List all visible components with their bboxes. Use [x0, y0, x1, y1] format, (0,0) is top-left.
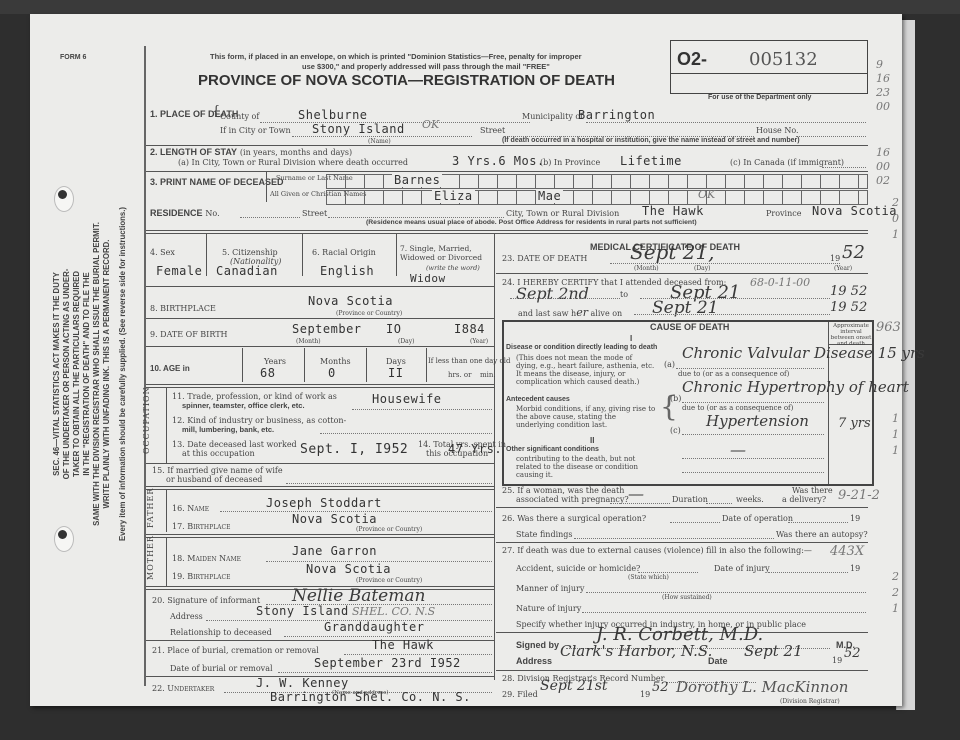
delivery-label-2: a delivery?	[782, 495, 826, 504]
last-worked-value: Sept. I, I952	[300, 442, 408, 457]
pregnancy-line	[610, 503, 670, 504]
mother-side-label: MOTHER	[146, 535, 155, 580]
place-of-death-label: 1. PLACE OF DEATH	[150, 109, 198, 119]
margin-code: 1	[892, 444, 899, 457]
operation-label: 26. Was there a surgical operation?	[502, 514, 646, 523]
section-divider	[146, 230, 868, 234]
stay-b-label: (b) In Province	[540, 158, 600, 167]
filed-year-prefix: 19	[640, 690, 650, 699]
direct-cause-note: (This does not mean the mode of dying, e…	[516, 354, 656, 386]
divider	[146, 171, 868, 172]
due-to-1: due to (or as a consequence of)	[678, 370, 789, 378]
accident-caption: (State which)	[628, 574, 669, 581]
dob-day-caption: (Day)	[398, 338, 414, 345]
dob-year: I884	[454, 322, 485, 336]
margin-code: 2	[892, 570, 899, 583]
birthplace-caption: (Province or Country)	[336, 310, 402, 317]
mother-birthplace-value: Nova Scotia	[306, 562, 391, 576]
cause-c-line	[682, 434, 824, 435]
relationship-value: Granddaughter	[324, 620, 424, 634]
death-certificate: FORM 6 This form, if placed in an envelo…	[30, 14, 902, 706]
total-years-value: 47 Yrs.	[448, 442, 502, 456]
informant-address-value: Stony Island	[256, 604, 349, 618]
divider	[496, 507, 868, 508]
dob-day: IO	[386, 322, 401, 336]
burial-place-label: 21. Place of burial, cremation or remova…	[152, 646, 319, 655]
delivery-code: 9-21-2	[838, 488, 880, 503]
other-conditions-line	[682, 458, 824, 459]
cause-of-death-title: CAUSE OF DEATH	[650, 322, 729, 332]
document-title: PROVINCE OF NOVA SCOTIA—REGISTRATION OF …	[198, 72, 615, 89]
margin-code: 963	[876, 320, 901, 335]
margin-code: 1	[892, 412, 899, 425]
last-saw-pronoun: er	[576, 306, 588, 319]
section-i: I	[630, 334, 632, 343]
death-month-caption: (Month)	[634, 265, 659, 272]
margin-code: 16	[876, 72, 890, 85]
residence-note: (Residence means usual place of abode. P…	[366, 219, 697, 226]
column-divider	[494, 234, 495, 680]
industry-label-2: mill, lumbering, bank, etc.	[182, 425, 274, 434]
father-birthplace-value: Nova Scotia	[292, 512, 377, 526]
divider	[366, 348, 367, 382]
filed-year: 52	[652, 680, 669, 695]
months-value: 0	[328, 366, 336, 380]
residence-city-value: The Hawk	[642, 204, 704, 218]
margin-code: 00	[876, 160, 890, 173]
name-ok-mark: OK	[698, 188, 715, 201]
residence-label: RESIDENCE	[150, 208, 203, 218]
cause-c-label: (c)	[670, 426, 681, 435]
margin-code: 1	[892, 428, 899, 441]
margin-code: 1	[892, 228, 899, 241]
street-label: Street	[480, 126, 505, 135]
last-saw-label: and last saw her alive on	[518, 306, 622, 319]
racial-origin-label: 6. Racial Origin	[312, 248, 376, 257]
print-name-label: 3. PRINT NAME OF DECEASED	[150, 176, 284, 188]
signature-year-prefix: 19	[832, 656, 842, 665]
alive-on-value: Sept 21	[652, 298, 718, 318]
residence-no-line	[240, 217, 300, 218]
residence-heading: RESIDENCE No.	[150, 208, 220, 219]
sex-value: Female	[156, 264, 202, 278]
length-of-stay-label: 2. LENGTH OF STAY	[150, 147, 237, 157]
citizenship-value: Canadian	[216, 264, 278, 278]
section-ii: II	[590, 436, 594, 445]
informant-signature: Nellie Bateman	[292, 586, 425, 606]
municipality-label: Municipality of	[522, 112, 583, 121]
burial-date-line	[278, 672, 492, 673]
cause-a-value: Chronic Valvular Disease 15 yrs	[682, 344, 925, 362]
municipality-value: Barrington	[578, 108, 655, 122]
form-label: FORM 6	[60, 54, 86, 61]
divider	[396, 234, 397, 276]
residence-province-value: Nova Scotia	[812, 204, 897, 218]
cause-c-interval: 7 yrs	[838, 416, 871, 431]
other-conditions-line-2	[682, 472, 824, 473]
city-label: If in City or Town	[220, 126, 291, 135]
mother-maiden-label: 18. Maiden Name	[172, 554, 241, 563]
dob-year-caption: (Year)	[470, 338, 488, 345]
alive-on-label: alive on	[591, 309, 623, 318]
stay-a-label: (a) In City, Town or Rural Division wher…	[178, 158, 408, 167]
residence-province-label: Province	[766, 209, 801, 218]
relationship-label: Relationship to deceased	[170, 628, 272, 637]
father-birthplace-label: 17. Birthplace	[172, 522, 231, 531]
father-name-value: Joseph Stoddart	[266, 496, 382, 510]
divider	[146, 318, 494, 319]
city-value: Stony Island	[312, 122, 405, 136]
reg-box-divider	[671, 73, 867, 74]
divider	[496, 273, 868, 274]
operation-date-label: Date of operation	[722, 514, 793, 523]
section-divider	[146, 486, 494, 490]
injury-date-line	[768, 572, 848, 573]
burial-place-line	[344, 654, 492, 655]
trade-line	[352, 409, 492, 410]
margin-code: 23	[876, 86, 890, 99]
attended-to-label: to	[620, 290, 628, 299]
physician-address-label: Address	[516, 656, 552, 666]
trade-label-1: 11. Trade, profession, or kind of work a…	[172, 392, 337, 401]
notice-line-7: Every item of information should be care…	[118, 134, 128, 614]
undertaker-address: Barrington Shel. Co. N. S.	[270, 690, 471, 704]
burial-date-label: Date of burial or removal	[170, 664, 273, 673]
marital-status-value: Widow	[410, 272, 446, 285]
industry-line	[320, 433, 492, 434]
burial-place-value: The Hawk	[372, 638, 434, 652]
manner-label: Manner of injury	[516, 584, 584, 593]
trade-value: Housewife	[372, 392, 442, 406]
given-name-2: Mae	[536, 189, 563, 203]
external-code: 443X	[830, 544, 864, 559]
house-label: House No.	[756, 126, 799, 135]
spouse-line	[286, 483, 492, 484]
margin-code: 02	[876, 174, 890, 187]
margin-code: 16	[876, 146, 890, 159]
hospital-note: (If death occurred in a hospital or inst…	[502, 137, 800, 144]
findings-line	[574, 538, 774, 539]
signature-year: 52	[844, 646, 861, 661]
injury-year-prefix: 19	[850, 564, 860, 573]
father-name-label: 16. Name	[172, 504, 209, 513]
duration-line	[706, 503, 732, 504]
occupation-side-label: OCCUPATION	[142, 386, 151, 454]
accident-line	[638, 572, 698, 573]
injury-date-label: Date of injury	[714, 564, 770, 573]
birthplace-label: 8. BIRTHPLACE	[150, 304, 216, 313]
punch-hole-bottom	[54, 526, 74, 552]
accident-label: Accident, suicide or homicide?	[516, 564, 640, 573]
divider	[426, 348, 427, 382]
divider	[242, 348, 243, 382]
undertaker-value: J. W. Kenney	[256, 676, 349, 690]
external-causes-label: 27. If death was due to external causes …	[502, 546, 812, 555]
date-of-death-line	[610, 263, 840, 264]
informant-address-note: SHEL. CO. N.S	[352, 605, 435, 618]
dob-label: 9. DATE OF BIRTH	[150, 330, 228, 339]
cause-c-value: Hypertension	[706, 412, 809, 430]
pregnancy-value: —	[628, 484, 644, 503]
registrar-signature: Dorothy L. MacKinnon	[676, 678, 848, 696]
county-value: Shelburne	[298, 108, 368, 122]
cause-b-line	[682, 402, 824, 403]
surname-value: Barnes	[392, 173, 442, 187]
filed-value: Sept 21st	[540, 678, 608, 694]
signature-date-label: Date	[708, 656, 728, 666]
stay-c-label: (c) In Canada (if immigrant)	[730, 158, 844, 167]
mother-birthplace-label: 19. Birthplace	[172, 572, 231, 581]
residence-city-label: City, Town or Rural Division	[506, 209, 619, 218]
trade-label-2: spinner, teamster, office clerk, etc.	[182, 401, 305, 410]
divider	[266, 172, 267, 202]
pregnancy-label-1: 25. If a woman, was the death	[502, 486, 624, 495]
informant-signature-label: 20. Signature of informant	[152, 596, 260, 605]
notice-line-6: WRITE PLAINLY WITH UNFADING INK. THIS IS…	[102, 134, 112, 614]
death-year-prefix: 19	[830, 254, 840, 263]
filed-label: 29. Filed	[502, 690, 538, 699]
years-value: 68	[260, 366, 275, 380]
manner-line	[586, 592, 866, 593]
death-year-caption: (Year)	[834, 265, 852, 272]
dob-month-caption: (Month)	[296, 338, 321, 345]
attended-from-value: Sept 2nd	[516, 284, 589, 303]
direct-cause-label: Disease or condition directly leading to…	[506, 344, 657, 351]
registrar-caption: (Division Registrar)	[780, 698, 840, 705]
last-worked-label-2: at this occupation	[182, 449, 255, 458]
stay-a-value: 3 Yrs.6 Mos.	[452, 154, 545, 168]
mail-notice-1: This form, if placed in an envelope, on …	[210, 52, 582, 61]
operation-line	[670, 522, 720, 523]
alive-on-year: 19 52	[830, 300, 867, 315]
city-line	[292, 136, 472, 137]
nature-label: Nature of injury	[516, 604, 581, 613]
relationship-line	[284, 636, 492, 637]
citizenship-label: 5. Citizenship	[222, 248, 278, 257]
industry-label-1: 12. Kind of industry or business, as cot…	[172, 416, 346, 425]
divider	[146, 286, 494, 287]
weeks-label: weeks.	[736, 495, 764, 504]
days-label: Days	[386, 357, 406, 366]
operation-year-prefix: 19	[850, 514, 860, 523]
mother-birthplace-caption: (Province or Country)	[356, 577, 422, 584]
margin-code: 00	[876, 100, 890, 113]
divider	[166, 538, 167, 586]
marital-status-sub: (write the word)	[426, 264, 480, 272]
signature-date: Sept 21	[744, 642, 803, 660]
divider	[146, 346, 494, 347]
left-rule	[144, 46, 146, 686]
burial-date-value: September 23rd I952	[314, 656, 461, 670]
given-name-1: Eliza	[432, 189, 475, 203]
other-conditions-value: —	[730, 440, 746, 459]
residence-no-label: No.	[205, 209, 219, 218]
city-ok-mark: OK	[422, 118, 439, 131]
sex-label: 4. Sex	[150, 248, 175, 257]
section-divider	[146, 384, 494, 388]
delivery-label-1: Was there	[792, 486, 833, 495]
dob-month: September	[292, 322, 362, 336]
undertaker-label: 22. Undertaker	[152, 684, 214, 693]
antecedent-label: Antecedent causes	[506, 396, 570, 403]
certify-code: 68-0-11-00	[750, 276, 810, 289]
date-of-death-value: Sept 21,	[630, 240, 715, 264]
manner-caption: (How sustained)	[662, 594, 712, 601]
given-names-grid	[326, 190, 868, 205]
length-of-stay-sub: (in years, months and days)	[240, 148, 352, 157]
section-divider	[146, 534, 494, 538]
cause-b-label: (b)	[670, 394, 681, 403]
municipality-line	[586, 122, 866, 123]
spouse-label-1: 15. If married give name of wife	[152, 466, 283, 475]
antecedent-note: Morbid conditions, if any, giving rise t…	[516, 405, 656, 429]
reg-number: 005132	[749, 49, 818, 70]
days-value: II	[388, 366, 403, 380]
divider	[166, 388, 167, 464]
marital-status-label: 7. Single, Married, Widowed or Divorced	[400, 244, 494, 262]
residence-street-label: Street	[302, 209, 327, 218]
county-label: County of	[220, 112, 259, 121]
reg-prefix: O2-	[677, 49, 707, 70]
attended-from-line	[510, 298, 620, 299]
hrs-label: hrs. or	[448, 371, 471, 379]
divider	[496, 542, 868, 543]
mail-notice-2: use $300," and properly addressed will p…	[302, 62, 550, 71]
nature-line	[582, 612, 866, 613]
divider	[206, 234, 207, 276]
cause-a-label: (a)	[664, 360, 675, 369]
autopsy-label: Was there an autopsy?	[776, 530, 868, 539]
margin-code: 9	[876, 58, 883, 71]
length-of-stay-heading: 2. LENGTH OF STAY (in years, months and …	[150, 147, 352, 158]
due-to-2: due to (or as a consequence of)	[682, 404, 793, 412]
divider	[496, 670, 868, 671]
divider	[302, 234, 303, 276]
last-saw-text: and last saw h	[518, 309, 576, 318]
notice-line-5: SAME WITH THE DIVISION REGISTRAR WHO SHA…	[92, 134, 102, 614]
divider	[146, 145, 868, 146]
spouse-label-2: or husband of deceased	[166, 475, 262, 484]
father-birthplace-caption: (Province or Country)	[356, 526, 422, 533]
name-caption: (Name)	[368, 138, 391, 145]
registration-number-box: O2- 005132	[670, 40, 868, 94]
dept-note: For use of the Department only	[708, 94, 811, 101]
father-side-label: FATHER	[146, 488, 155, 528]
age-label: 10. AGE in	[150, 364, 190, 373]
birthplace-value: Nova Scotia	[308, 294, 393, 308]
house-line	[796, 136, 866, 137]
min-label: min.	[480, 371, 496, 379]
months-label: Months	[320, 357, 351, 366]
operation-date-line	[788, 522, 848, 523]
death-day-caption: (Day)	[694, 265, 710, 272]
scanner-background	[0, 0, 960, 14]
age-label-text: 10. AGE in	[150, 364, 190, 373]
divider	[146, 463, 494, 464]
cause-b-value: Chronic Hypertrophy of heart	[682, 378, 909, 396]
findings-label: State findings	[516, 530, 573, 539]
informant-address-label: Address	[170, 612, 203, 621]
attended-to-year: 19 52	[830, 284, 867, 299]
signed-by-label: Signed by	[516, 640, 559, 650]
cause-a-line	[676, 368, 824, 369]
mother-maiden-value: Jane Garron	[292, 544, 377, 558]
less-than-day-label: If less than one day old	[428, 357, 510, 365]
duration-label: Duration	[672, 495, 708, 504]
physician-address: Clark's Harbor, N.S.	[560, 642, 712, 660]
stay-c-line	[822, 167, 866, 168]
racial-origin-value: English	[320, 264, 374, 278]
death-year: 52	[842, 242, 865, 263]
last-worked-label-1: 13. Date deceased last worked	[172, 440, 297, 449]
divider	[304, 348, 305, 382]
residence-street-line	[328, 217, 504, 218]
other-conditions-note: contributing to the death, but not relat…	[516, 455, 656, 479]
stay-b-value: Lifetime	[620, 154, 682, 168]
divider	[166, 490, 167, 532]
date-of-death-label: 23. DATE OF DEATH	[502, 254, 587, 263]
years-label: Years	[264, 357, 286, 366]
notice-line-4: IN THE "REGISTRATION OF DEATH" AND TO FI…	[82, 134, 92, 614]
margin-code: 2	[892, 586, 899, 599]
other-conditions-label: Other significant conditions	[506, 446, 599, 453]
divider	[146, 640, 494, 641]
alive-on-line	[634, 314, 830, 315]
punch-hole-top	[54, 186, 74, 212]
margin-code: 1	[892, 602, 899, 615]
